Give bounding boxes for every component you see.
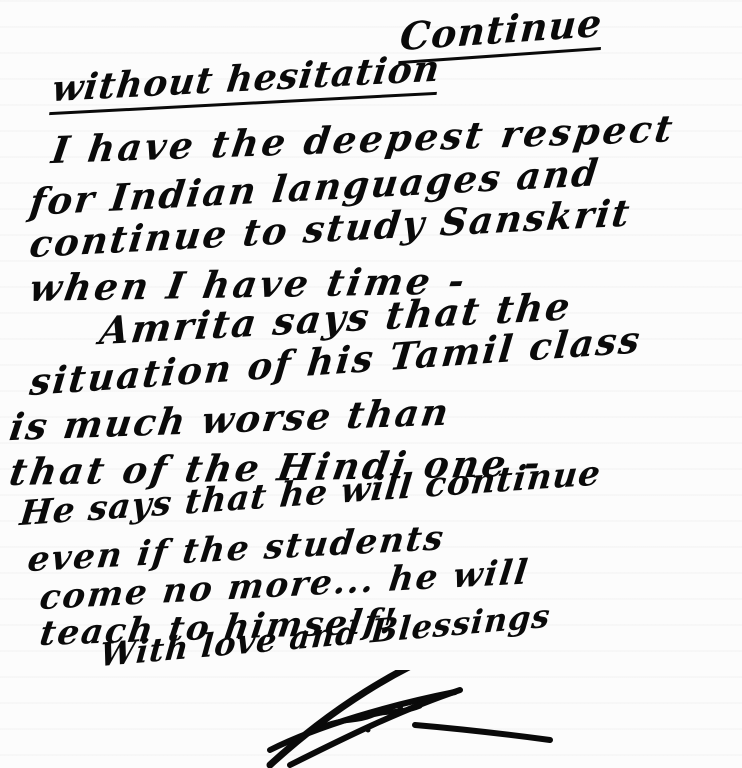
letter-page: Continue without hesitation I have the d… <box>0 0 742 768</box>
signature-mark <box>250 670 580 768</box>
heading-phrase: without hesitation <box>49 47 443 115</box>
